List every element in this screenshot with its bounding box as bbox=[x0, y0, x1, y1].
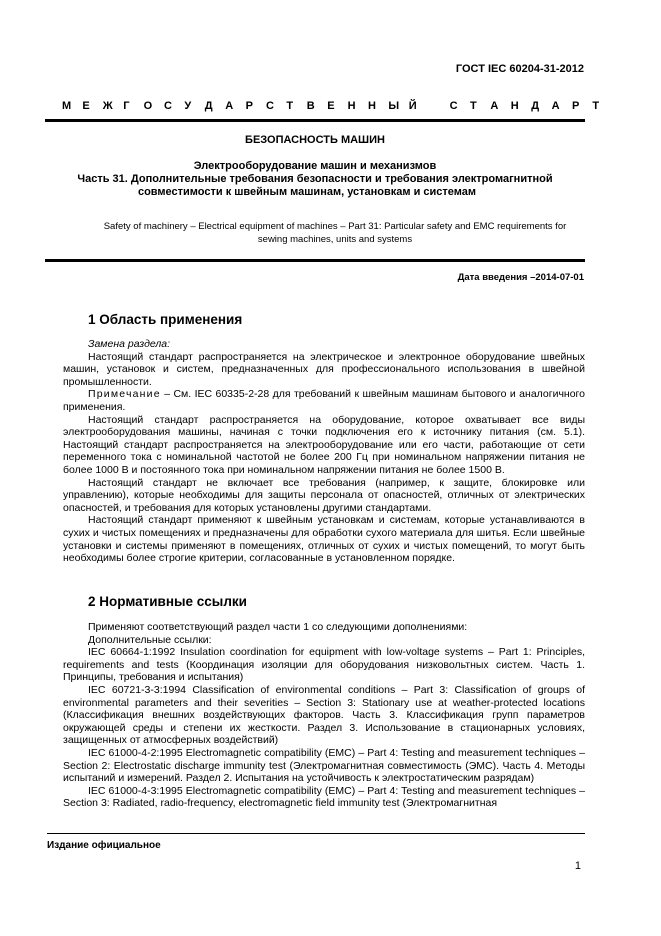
english-title-line: sewing machines, units and systems bbox=[75, 234, 595, 247]
interstate-letter: А bbox=[552, 100, 560, 112]
note-label: Примечание bbox=[88, 388, 161, 400]
interstate-letter: Й bbox=[409, 100, 417, 112]
intro-text: Применяют соответствующий раздел части 1… bbox=[63, 621, 585, 634]
additional-references-label: Дополнительные ссылки: bbox=[63, 634, 585, 647]
interstate-letter: Г bbox=[123, 100, 129, 112]
subtitle-line: совместимости к швейным машинам, установ… bbox=[45, 186, 585, 199]
paragraph: Настоящий стандарт применяют к швейным у… bbox=[63, 514, 585, 564]
interstate-letter: Т bbox=[470, 100, 477, 112]
official-edition-label: Издание официальное bbox=[47, 840, 161, 851]
paragraph: Настоящий стандарт распространяется на э… bbox=[63, 351, 585, 389]
header-rule bbox=[45, 119, 585, 122]
interstate-letter: Т bbox=[592, 100, 599, 112]
introduction-date: Дата введения –2014-07-01 bbox=[458, 272, 584, 283]
subtitle-line: Электрооборудование машин и механизмов bbox=[45, 160, 585, 173]
interstate-letter: С bbox=[164, 100, 172, 112]
document-subtitle: Электрооборудование машин и механизмов Ч… bbox=[45, 160, 585, 199]
interstate-letter: Д bbox=[205, 100, 213, 112]
standard-code: ГОСТ IEC 60204-31-2012 bbox=[456, 63, 584, 75]
footer-rule bbox=[47, 833, 585, 834]
section-2-body: Применяют соответствующий раздел части 1… bbox=[63, 621, 585, 810]
interstate-letter: Т bbox=[286, 100, 293, 112]
interstate-letter: Е bbox=[82, 100, 89, 112]
note: Примечание – См. IEC 60335-2-28 для треб… bbox=[63, 388, 585, 413]
interstate-letter: Ж bbox=[103, 100, 113, 112]
reference-item: IEC 61000-4-3:1995 Electromagnetic compa… bbox=[63, 785, 585, 810]
english-title: Safety of machinery – Electrical equipme… bbox=[75, 221, 595, 246]
interstate-letter: С bbox=[450, 100, 458, 112]
interstate-letter: Р bbox=[572, 100, 579, 112]
subtitle-line: Часть 31. Дополнительные требования безо… bbox=[45, 173, 585, 186]
page-number: 1 bbox=[575, 860, 581, 872]
interstate-letter: О bbox=[144, 100, 153, 112]
interstate-letter: Е bbox=[327, 100, 334, 112]
section-1-heading: 1 Область применения bbox=[88, 312, 242, 327]
section-2-heading: 2 Нормативные ссылки bbox=[88, 594, 247, 609]
interstate-letter: А bbox=[225, 100, 233, 112]
interstate-letter: Р bbox=[246, 100, 253, 112]
interstate-letter: Ы bbox=[388, 100, 399, 112]
interstate-letter: М bbox=[62, 100, 71, 112]
paragraph: Настоящий стандарт не включает все требо… bbox=[63, 477, 585, 515]
interstate-letter: Д bbox=[531, 100, 539, 112]
replacement-label: Замена раздела: bbox=[63, 338, 585, 351]
interstate-letter: Н bbox=[511, 100, 519, 112]
interstate-letter: А bbox=[490, 100, 498, 112]
reference-item: IEC 60721-3-3:1994 Classification of env… bbox=[63, 684, 585, 747]
section-1-body: Замена раздела: Настоящий стандарт распр… bbox=[63, 338, 585, 565]
interstate-letter: В bbox=[307, 100, 315, 112]
interstate-letter: С bbox=[266, 100, 274, 112]
reference-item: IEC 61000-4-2:1995 Electromagnetic compa… bbox=[63, 747, 585, 785]
interstate-letter: Н bbox=[348, 100, 356, 112]
english-title-line: Safety of machinery – Electrical equipme… bbox=[75, 221, 595, 234]
reference-item: IEC 60664-1:1992 Insulation coordination… bbox=[63, 646, 585, 684]
interstate-letter: Н bbox=[368, 100, 376, 112]
document-title: БЕЗОПАСНОСТЬ МАШИН bbox=[45, 134, 585, 146]
paragraph: Настоящий стандарт распространяется на о… bbox=[63, 414, 585, 477]
title-rule bbox=[45, 259, 585, 262]
interstate-letter: У bbox=[184, 100, 191, 112]
